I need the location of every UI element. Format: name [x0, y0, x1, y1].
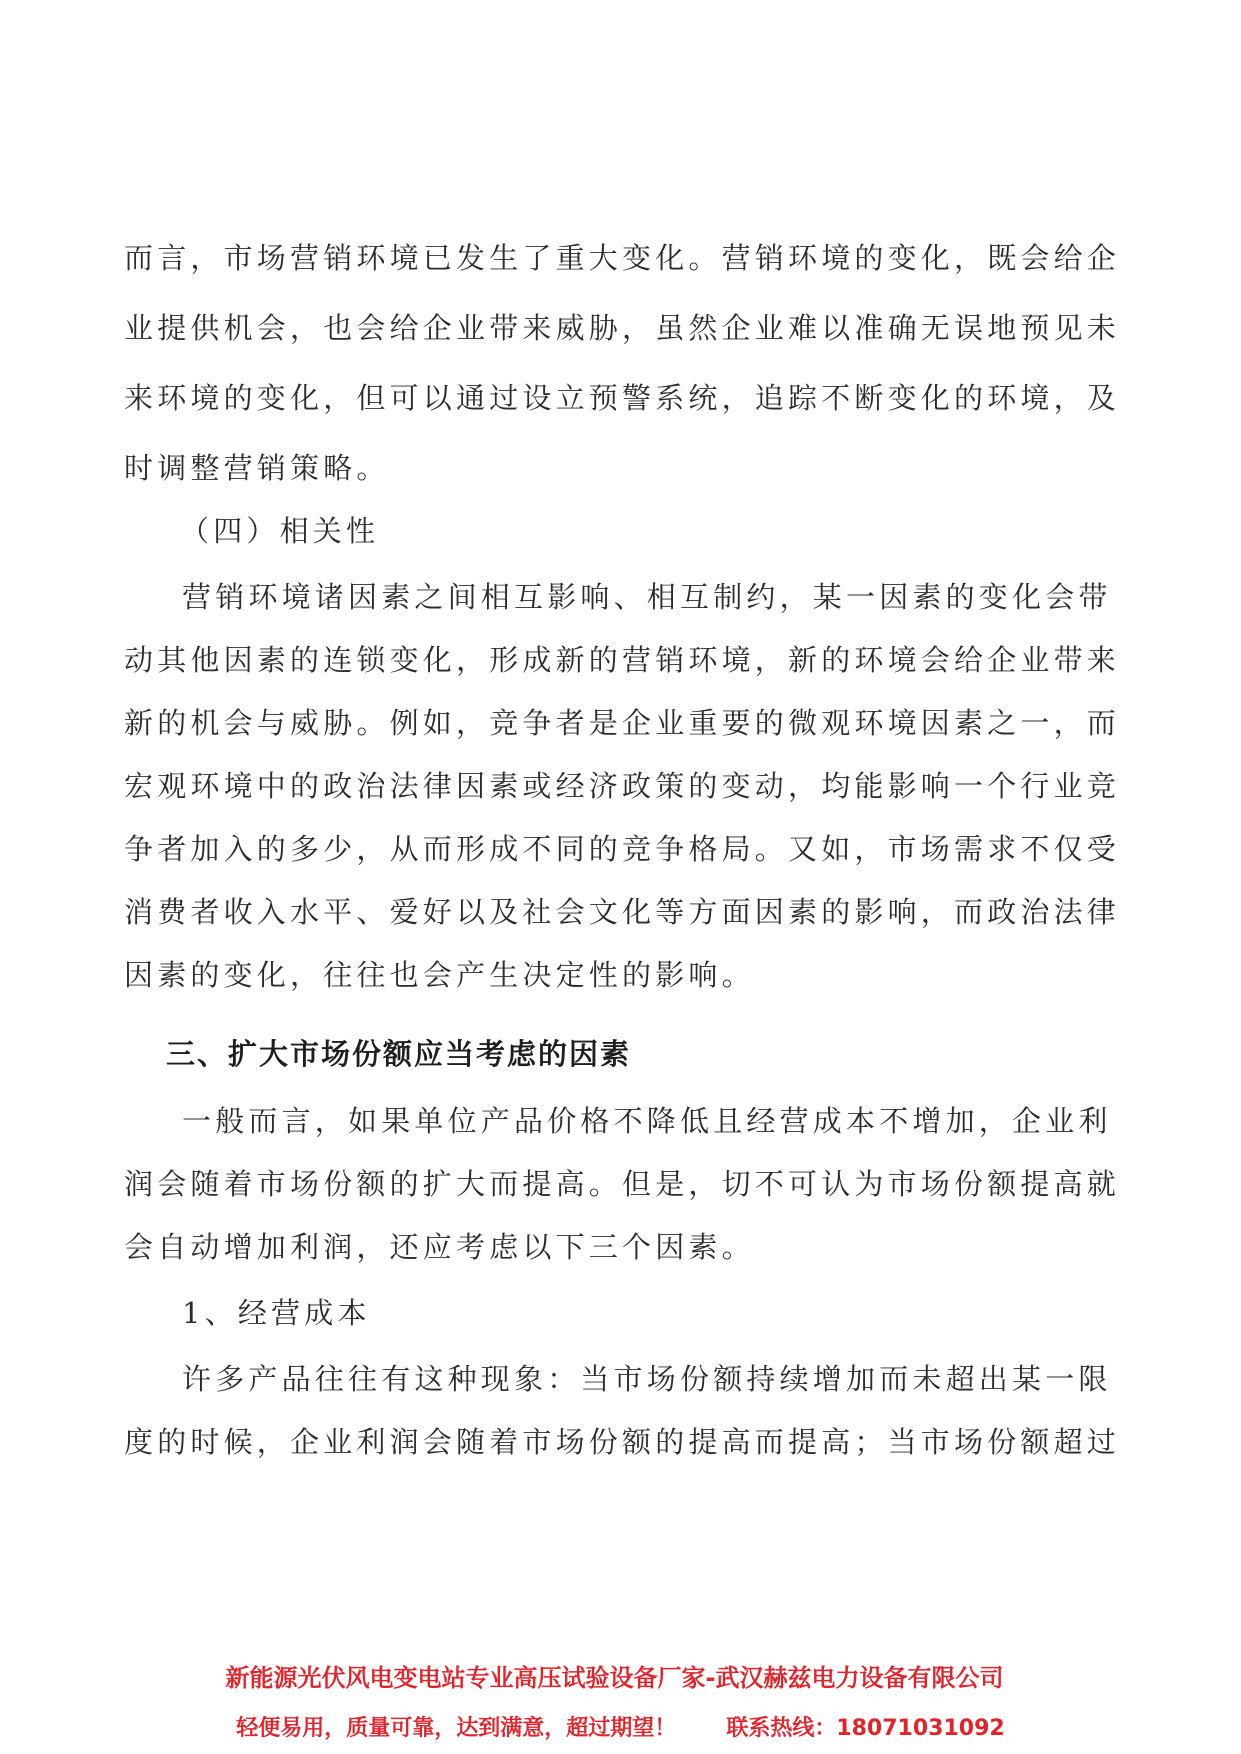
footer-hotline: 联系热线：18071031092 — [726, 1716, 1004, 1741]
section-heading: 三、扩大市场份额应当考虑的因素 — [166, 1034, 631, 1074]
paragraph-line: 因素的变化，往往也会产生决定性的影响。 — [124, 955, 755, 995]
item-heading: 1、经营成本 — [182, 1293, 371, 1333]
paragraph-line: 新的机会与威胁。例如，竞争者是企业重要的微观环境因素之一，而 — [124, 703, 1120, 743]
footer-slogan: 轻便易用，质量可靠，达到满意，超过期望！ — [236, 1716, 676, 1741]
footer-company-line: 新能源光伏风电变电站专业高压试验设备厂家-武汉赫兹电力设备有限公司 — [0, 1660, 1235, 1696]
paragraph-line: 会自动增加利润，还应考虑以下三个因素。 — [124, 1227, 755, 1267]
paragraph-line: 宏观环境中的政治法律因素或经济政策的变动，均能影响一个行业竞 — [124, 766, 1120, 806]
paragraph-line: 润会随着市场份额的扩大而提高。但是，切不可认为市场份额提高就 — [124, 1164, 1120, 1204]
paragraph-line: 动其他因素的连锁变化，形成新的营销环境，新的环境会给企业带来 — [124, 640, 1120, 680]
paragraph-line: 而言，市场营销环境已发生了重大变化。营销环境的变化，既会给企 — [124, 238, 1120, 278]
paragraph-line: 来环境的变化，但可以通过设立预警系统，追踪不断变化的环境，及 — [124, 378, 1120, 418]
paragraph-line: 营销环境诸因素之间相互影响、相互制约，某一因素的变化会带 — [182, 577, 1112, 617]
footer-contact-line: 轻便易用，质量可靠，达到满意，超过期望！联系热线：18071031092 — [0, 1712, 1241, 1746]
paragraph-line: 业提供机会，也会给企业带来威胁，虽然企业难以准确无误地预见未 — [124, 308, 1120, 348]
subsection-heading: （四）相关性 — [180, 511, 379, 551]
paragraph-line: 争者加入的多少，从而形成不同的竞争格局。又如，市场需求不仅受 — [124, 829, 1120, 869]
paragraph-line: 消费者收入水平、爱好以及社会文化等方面因素的影响，而政治法律 — [124, 892, 1120, 932]
paragraph-line: 度的时候，企业利润会随着市场份额的提高而提高；当市场份额超过 — [124, 1422, 1120, 1462]
paragraph-line: 一般而言，如果单位产品价格不降低且经营成本不增加，企业利 — [182, 1101, 1112, 1141]
paragraph-line: 许多产品往往有这种现象：当市场份额持续增加而未超出某一限 — [182, 1359, 1112, 1399]
paragraph-line: 时调整营销策略。 — [124, 448, 390, 488]
document-page: 而言，市场营销环境已发生了重大变化。营销环境的变化，既会给企 业提供机会，也会给… — [0, 0, 1241, 1754]
